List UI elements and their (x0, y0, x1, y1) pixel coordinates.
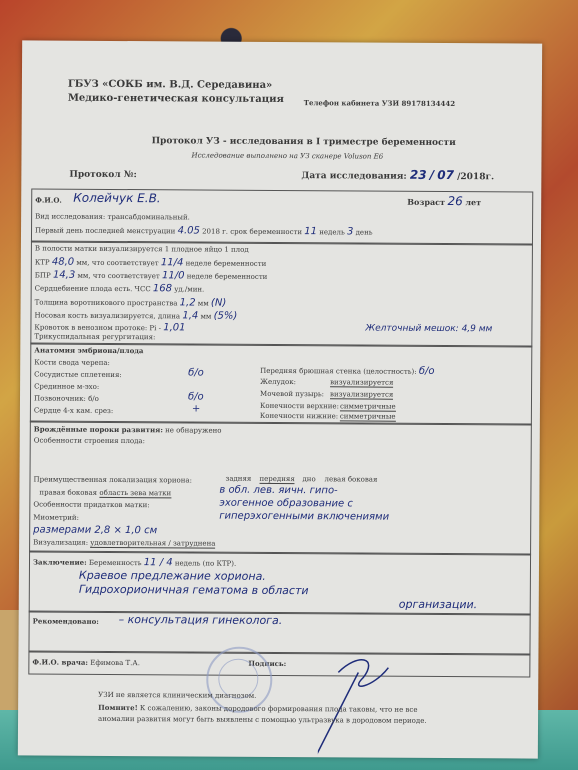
age: Возраст 26 лет (407, 194, 481, 208)
adnexa-note-1: в обл. лев. яичн. гипо- (219, 485, 337, 497)
bladder-label: Мочевой пузырь: (260, 390, 324, 398)
conclusion-note-2: Гидрохорионичная гематома в области (79, 583, 309, 597)
tricuspid-line: Трикуспидальная регургитация: (34, 332, 155, 341)
footer-remember: Помните! К сожалению, законы дородового … (98, 703, 417, 714)
ductus-venosus-line: Кровоток в венозном протоке: Pi - 1,01 (34, 321, 185, 333)
chorion-option-right: правая боковая (39, 489, 97, 497)
nasal-bone-line: Носовая кость визуализируется, длина 1,4… (34, 309, 237, 321)
adnexa-label: Особенности придатков матки: (33, 500, 149, 509)
heart-label: Сердце 4-х кам. срез: (34, 406, 113, 414)
conclusion-note-1: Краевое предлежание хориона. (79, 569, 266, 583)
myometrium-label: Миометрий: (33, 513, 79, 521)
midline-label: Срединное м-эхо: (34, 382, 99, 390)
visualization: Визуализация: удовлетворительная / затру… (33, 538, 215, 547)
yolk-sac-note: Желточный мешок: 4,9 мм (365, 324, 492, 335)
bpr-line: БПР 14,3 мм, что соответствует 11/0 неде… (35, 269, 268, 281)
anatomy-title: Анатомия эмбриона/плода (34, 345, 143, 355)
spine-value: б/о (188, 391, 204, 402)
adnexa-note-4: размерами 2,8 × 1,0 см (33, 524, 157, 536)
stomach-label: Желудок: (260, 378, 296, 386)
footer-line3: аномалии развития могут быть выявлены с … (98, 715, 427, 725)
features-label: Особенности строения плода: (34, 436, 145, 445)
chorion-option-fundus: дно (302, 475, 315, 483)
ktr-line: КТР 48,0 мм, что соответствует 11/4 неде… (35, 256, 267, 268)
protocol-subtitle: Исследование выполнено на УЗ сканере Vol… (191, 151, 383, 160)
ultrasound-protocol-sheet: ГБУЗ «СОКБ им. В.Д. Середавина» Медико-г… (18, 40, 542, 758)
protocol-number-label: Протокол №: (69, 170, 137, 180)
fio-label: Ф.И.О. (35, 196, 62, 205)
chorion-option-posterior: задняя (225, 475, 251, 483)
upper-limbs-value: симметричные (340, 402, 396, 411)
lower-limbs-value: симметричные (340, 412, 396, 421)
chorion-label: Преимущественная локализация хориона: (33, 475, 192, 484)
skull-label: Кости свода черепа: (34, 358, 110, 366)
recommended-label: Рекомендовано: (33, 616, 99, 625)
heart-value: + (192, 403, 200, 414)
dept-name: Медико-генетическая консультация (68, 93, 284, 105)
doctor-line: Ф.И.О. врача: Ефимова Т.А. (32, 657, 140, 667)
bladder-value: визуализируется (330, 390, 393, 399)
footer-disclaimer: УЗИ не является клиническим диагнозом. (98, 691, 256, 700)
upper-limbs-label: Конечности верхние: (260, 402, 339, 410)
protocol-title: Протокол УЗ - исследования в I триместре… (152, 136, 456, 148)
exam-date: Дата исследования: 23 / 07 /2018г. (301, 167, 494, 182)
org-name: ГБУЗ «СОКБ им. В.Д. Середавина» (68, 79, 272, 91)
stomach-value: визуализируется (330, 378, 393, 387)
heart-rate-line: Сердцебиение плода есть. ЧСС 168 уд./мин… (35, 282, 205, 294)
adnexa-note-3: гиперэхогенными включениями (219, 511, 389, 523)
embryo-count: В полости матки визуализируется 1 плодно… (35, 245, 249, 254)
defects-line: Врождённые пороки развития: не обнаружен… (34, 424, 222, 434)
nt-line: Толщина воротникового пространства 1,2 м… (35, 296, 227, 308)
recommended-value: – консультация гинеколога. (119, 613, 283, 627)
lmp-line: Первый день последней менструации 4.05 2… (35, 225, 373, 238)
phone-label: Телефон кабинета УЗИ 89178134442 (304, 98, 455, 108)
chorion-option-anterior: передняя (259, 475, 294, 484)
spine-label: Позвоночник: б/о (34, 394, 99, 402)
lower-limbs-label: Конечности нижние: (260, 412, 338, 420)
adnexa-note-2: эхогенное образование с (219, 498, 353, 510)
study-type: Вид исследования: трансабдоминальный. (35, 213, 190, 222)
conclusion-line: Заключение: Беременность 11 / 4 недель (… (33, 556, 236, 568)
choroid-label: Сосудистые сплетения: (34, 370, 122, 379)
chorion-option-cervix: область зева матки (99, 489, 171, 498)
abdominal-wall: Передняя брюшная стенка (целостность): б… (260, 365, 434, 377)
choroid-value: б/о (188, 367, 204, 378)
chorion-option-left: левая боковая (324, 475, 377, 483)
conclusion-note-3: организации. (399, 598, 478, 611)
patient-name: Колейчук Е.В. (73, 191, 161, 206)
